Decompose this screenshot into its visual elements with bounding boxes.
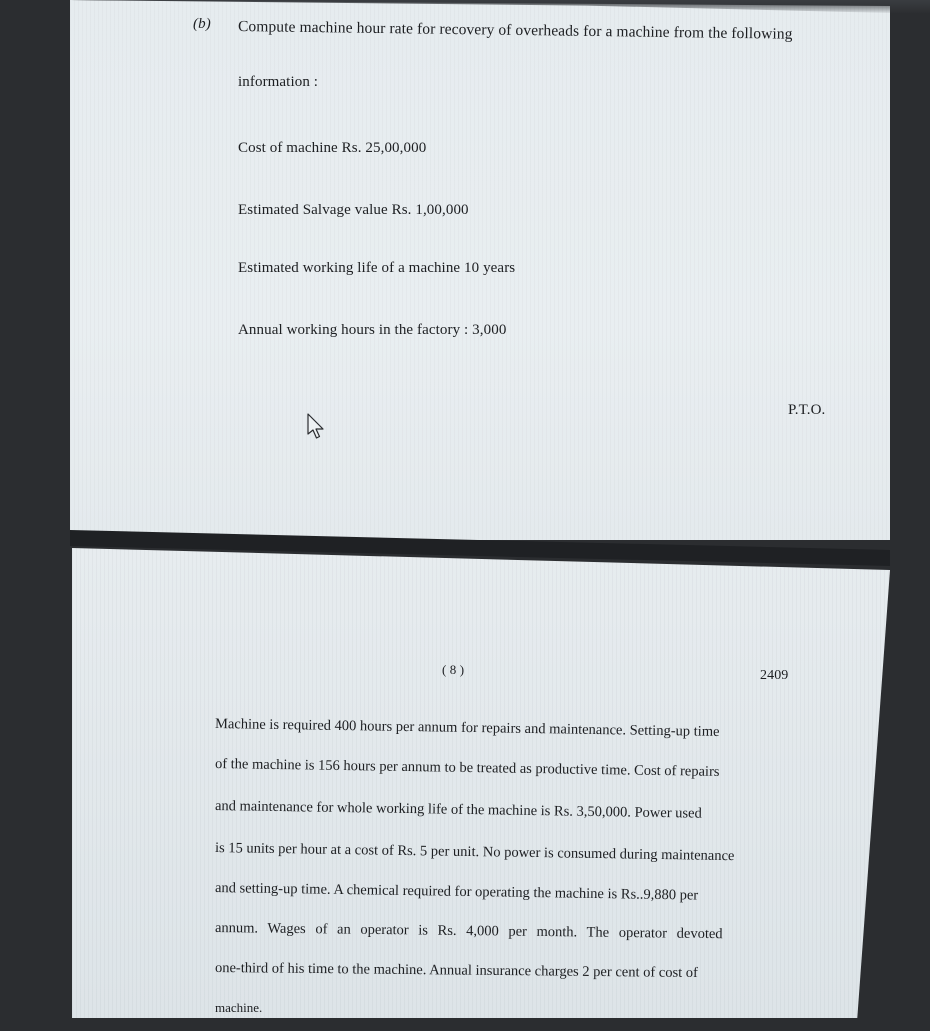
mouse-pointer-icon [306, 413, 326, 441]
pto-label: P.T.O. [788, 402, 825, 419]
question-text-continued: information : [238, 74, 318, 91]
given-item-salvage: Estimated Salvage value Rs. 1,00,000 [238, 202, 469, 219]
question-label: (b) [193, 16, 211, 33]
given-item-cost: Cost of machine Rs. 25,00,000 [238, 140, 426, 157]
paragraph-line: machine. [215, 1000, 262, 1016]
page-number: ( 8 ) [442, 662, 464, 678]
exam-page-lower [72, 548, 890, 1018]
given-item-life: Estimated working life of a machine 10 y… [238, 260, 515, 277]
paper-code: 2409 [760, 668, 788, 684]
given-item-hours: Annual working hours in the factory : 3,… [238, 322, 506, 339]
